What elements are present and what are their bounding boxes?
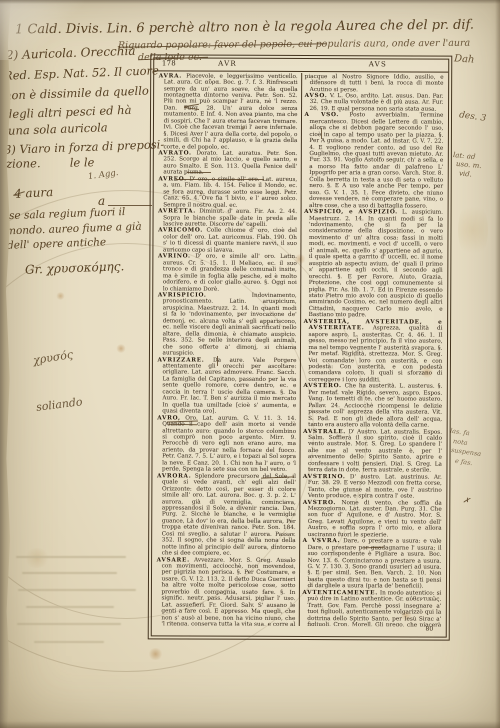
entry-headword: AVSPICIO, e AVSPIZIO.: [304, 209, 398, 215]
dictionary-entry: AVTENTICAMENTE. In modo autentico: si pu…: [302, 590, 441, 627]
show-through-text: [18, 589, 136, 591]
book-scan-photo: 178 AVR AVS AVRA. Piacevole, e leggeriss…: [0, 0, 500, 728]
entry-headword: A VSVRA.: [303, 538, 341, 544]
entry-headword: AVRISPICIO.: [158, 292, 207, 298]
right-margin-note: e fas.: [455, 457, 474, 467]
column-left: AVRA. Piacevole, e leggerissimo venticel…: [154, 72, 299, 626]
dictionary-entry: AVRETTA. Diminut. d' aura. Fir. As. 2. 4…: [158, 208, 297, 228]
printed-text-block: 178 AVR AVS AVRA. Piacevole, e leggeriss…: [148, 54, 453, 640]
pen-bracket: [321, 128, 322, 139]
left-margin-note: zione. le le: [6, 155, 95, 171]
dictionary-entry: AVSTRALE. D' Austro. Lat. australis. Esp…: [303, 429, 442, 475]
dictionary-entry: AVSO. V. L. Oso, ardito. Lat. ausus. Dan…: [305, 93, 444, 113]
entry-headword: AVRETTA.: [158, 208, 196, 214]
entry-headword: AVSARE.: [157, 557, 190, 563]
signature-mark: 80: [426, 626, 434, 633]
dictionary-entry: AVRISPICIO. Indovinamento, pronosticamen…: [158, 292, 297, 357]
dictionary-entry: AVREO. D' oro, o simile all' oro. Lat. a…: [158, 176, 297, 209]
dictionary-entry: piacque al Nostro Signore Iddio, ausilio…: [305, 74, 444, 94]
show-through-text: [17, 623, 121, 625]
entry-headword: AVRORA.: [157, 473, 191, 479]
entry-headword: AVSTRALE.: [303, 429, 346, 435]
toning-patch: [458, 200, 488, 260]
entry-headword: AVSTRO.: [303, 500, 336, 506]
dictionary-entry: AVRA. Piacevole, e leggerissimo venticel…: [158, 73, 297, 151]
running-head: 178 AVR AVS: [154, 58, 449, 72]
text-columns: AVRA. Piacevole, e leggerissimo venticel…: [154, 72, 445, 627]
right-margin-note: Dah: [454, 53, 475, 65]
right-margin-note: nota: [453, 437, 469, 447]
left-margin-note: 3) Viaro in forza di preposi-: [4, 137, 165, 157]
dictionary-entry: AVSTERITÀ, AVSTERITADE, e AVSTERITATE. A…: [303, 319, 442, 384]
dictionary-entry: AVSPICIO, e AVSPIZIO. L. auspicium. Maes…: [304, 209, 443, 319]
photo-edge: [0, 721, 500, 728]
photo-edge: [495, 0, 500, 728]
page-corner-highlight: [0, 0, 84, 60]
dictionary-entry: AVRIZZARE. Da aure. Vale Porgere attenta…: [157, 357, 296, 416]
right-margin-note: las. fa: [450, 427, 471, 438]
photo-edge: [0, 0, 500, 4]
insertion-mark-agg: 1. Agg.: [87, 168, 119, 182]
show-through-text: [22, 572, 117, 574]
inner-rule: 178 AVR AVS AVRA. Piacevole, e leggeriss…: [150, 57, 449, 638]
fox-stain: [56, 292, 65, 300]
pen-underline: [187, 172, 211, 173]
right-margin-note: suspensa: [451, 446, 482, 458]
fox-stain: [116, 344, 126, 353]
entry-headword: A VSO.: [304, 112, 339, 118]
left-margin-note: non è dissimile da quello: [4, 83, 149, 102]
dictionary-entry: AVSTERO. Che ha austerità. L. austerus. …: [303, 383, 442, 429]
toning-patch: [24, 548, 50, 568]
running-head-left: AVR: [154, 59, 301, 68]
dictionary-entry: AVRORA. Splendore precursore del Sole, i…: [157, 473, 296, 557]
left-margin-note: una sola auricola: [8, 120, 108, 137]
pen-strike: [120, 43, 326, 48]
dictionary-entry: AVSARE. Avvezzare. Mor. S. Greg. Ausalo …: [156, 557, 295, 626]
entry-headword: AVSTERO.: [303, 383, 341, 389]
pen-x-mark: ✗: [462, 495, 471, 505]
dictionary-entry: AVRICOMO. Colle chiome d' oro, cioè del …: [158, 228, 297, 254]
left-margin-note: Red. Esp. Nat. 52. Il cuore: [4, 63, 159, 82]
entry-headword: AVRINO.: [158, 254, 191, 260]
right-margin-note: lat: ad: [453, 151, 476, 161]
entry-headword: AVRA.: [159, 73, 182, 79]
entry-headword: AVRICOMO.: [158, 228, 203, 234]
pen-strike: [13, 191, 25, 196]
column-right: piacque al Nostro Signore Iddio, ausilio…: [300, 73, 445, 627]
show-through-text: [34, 641, 104, 643]
left-margin-note: degli altri pesci ed hà: [5, 103, 132, 121]
dictionary-entry: AVRATO. Dorato. Lat. auratus. Petr. Son.…: [158, 150, 297, 176]
show-through-text: [26, 606, 114, 608]
right-margin-note: uso. m.: [456, 160, 482, 170]
entry-headword: AVRIZZARE.: [158, 357, 205, 363]
show-through-text: [16, 556, 126, 558]
insertion-line: [108, 205, 152, 206]
book-page: 178 AVR AVS AVRA. Piacevole, e leggeriss…: [0, 0, 500, 728]
dictionary-entry: AVSTRINO. D' austro. Lat. austrinus. Ar.…: [303, 474, 442, 500]
running-head-right: AVS: [307, 60, 449, 69]
dictionary-entry: A VSO. Posto avverbialm. Termine mercant…: [304, 112, 443, 209]
fox-stain: [148, 648, 163, 660]
entry-headword: AVSTRINO.: [303, 474, 346, 480]
pen-tick: [217, 356, 218, 366]
entry-headword: AVSTERITÀ, AVSTERITADE, e AVSTERITATE.: [304, 319, 443, 332]
dictionary-entry: AVSTRO. Nome di vento, che soffia da Mez…: [303, 500, 442, 539]
right-margin-note: vid.: [459, 169, 473, 178]
entry-headword: AVRATO.: [158, 150, 191, 156]
right-margin-note: des. 3: [458, 110, 486, 124]
entry-headword: AVTENTICAMENTE.: [302, 590, 378, 596]
entry-headword: AVSO.: [305, 93, 328, 99]
pen-underline: [176, 179, 264, 180]
dictionary-entry: AVRINO. D' oro, e simile all' oro. Latin…: [158, 254, 297, 293]
